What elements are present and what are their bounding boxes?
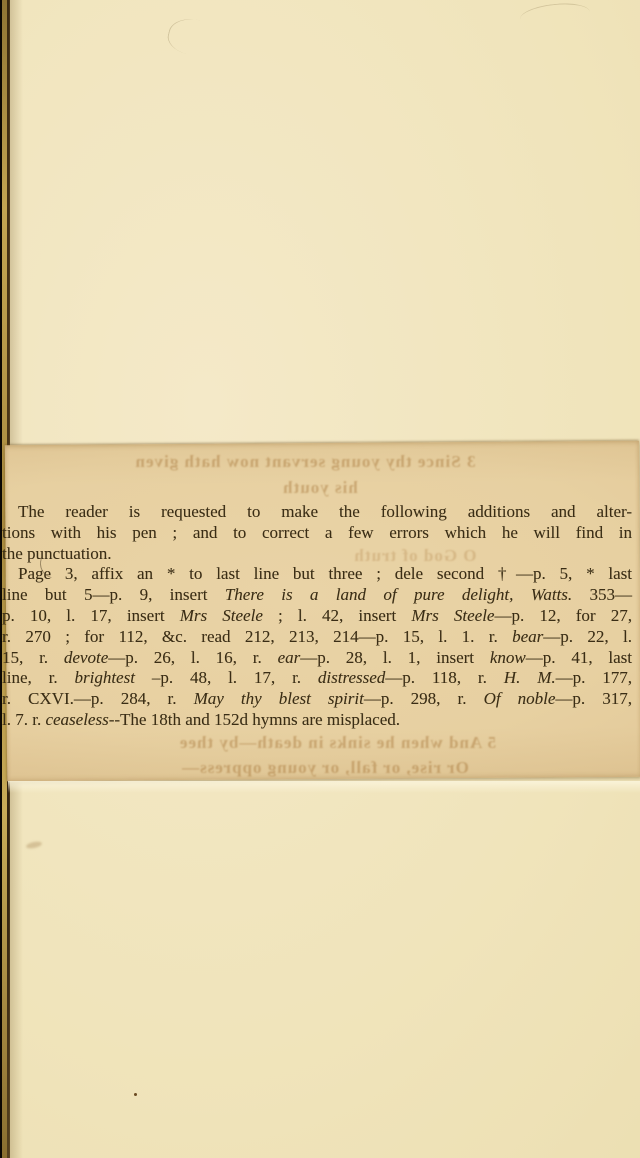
errata-segment: p. 10, l. 17, insert [2, 606, 180, 625]
errata-line: The reader is requested to make the foll… [2, 502, 632, 523]
errata-italic-segment: There is a land of pure delight, [225, 585, 514, 604]
errata-italic-segment: Watts. [531, 585, 572, 604]
errata-text: The reader is requested to make the foll… [2, 502, 632, 731]
errata-segment: ; l. 42, insert [263, 606, 411, 625]
errata-segment: 353— [572, 585, 632, 604]
errata-segment: Page 3, affix an * to last line but thre… [18, 564, 632, 583]
errata-segment: 15, r. [2, 648, 64, 667]
errata-italic-segment: brightest [74, 668, 134, 687]
errata-segment: tions with his pen ; and to correct a fe… [2, 523, 632, 542]
errata-segment: —p. 177, [556, 668, 632, 687]
show-through-text-top-2: his youth [195, 478, 445, 498]
errata-line: the punctuation. [2, 544, 632, 565]
errata-segment: line, r. [2, 668, 74, 687]
errata-italic-segment: Mrs Steele [180, 606, 263, 625]
errata-italic-segment: know [490, 648, 526, 667]
errata-line: tions with his pen ; and to correct a fe… [2, 523, 632, 544]
errata-segment: —p. 12, for 27, [494, 606, 632, 625]
errata-italic-segment: Mrs Steele [411, 606, 494, 625]
errata-segment: –p. 48, l. 17, r. [135, 668, 318, 687]
errata-line: r. CXVI.—p. 284, r. May thy blest spirit… [2, 689, 632, 710]
errata-italic-segment: Of noble [484, 689, 556, 708]
errata-italic-segment: ceaseless [45, 710, 108, 729]
errata-segment: the punctuation. [2, 544, 112, 563]
errata-line: line, r. brightest –p. 48, l. 17, r. dis… [2, 668, 632, 689]
errata-segment: r. 270 ; for 112, &c. read 212, 213, 214… [2, 627, 512, 646]
errata-segment: —p. 317, [555, 689, 632, 708]
errata-italic-segment: H. M. [504, 668, 556, 687]
errata-line: l. 7. r. ceaseless--The 18th and 152d hy… [2, 710, 632, 731]
errata-segment: —p. 41, last [526, 648, 632, 667]
errata-segment: —p. 298, r. [364, 689, 484, 708]
errata-line: r. 270 ; for 112, &c. read 212, 213, 214… [2, 627, 632, 648]
errata-line: line but 5—p. 9, insert There is a land … [2, 585, 632, 606]
errata-segment: l. 7. r. [2, 710, 45, 729]
errata-segment: r. CXVI.—p. 284, r. [2, 689, 194, 708]
errata-segment: —p. 28, l. 1, insert [300, 648, 490, 667]
errata-segment: line but 5—p. 9, insert [2, 585, 225, 604]
errata-segment: —p. 22, l. [543, 627, 632, 646]
errata-italic-segment: bear [512, 627, 543, 646]
errata-segment: —p. 26, l. 16, r. [108, 648, 277, 667]
slip-bottom-highlight [8, 781, 640, 793]
errata-segment: The reader is requested to make the foll… [18, 502, 632, 521]
errata-italic-segment: ear [278, 648, 301, 667]
errata-italic-segment: devote [64, 648, 108, 667]
errata-italic-segment: distressed [318, 668, 385, 687]
errata-line: Page 3, affix an * to last line but thre… [2, 564, 632, 585]
show-through-text-top-1: 3 Since thy young servant now hath given [75, 452, 535, 472]
show-through-text-bottom-1: 5 And when he sinks in death—by thee [105, 733, 570, 753]
show-through-text-bottom-2: Or rise, or fall, or young oppress— [155, 758, 495, 778]
paper-blemish [134, 1093, 137, 1096]
errata-segment [513, 585, 530, 604]
errata-segment: --The 18th and 152d hymns are misplaced. [109, 710, 400, 729]
errata-line: p. 10, l. 17, insert Mrs Steele ; l. 42,… [2, 606, 632, 627]
errata-line: 15, r. devote—p. 26, l. 16, r. ear—p. 28… [2, 648, 632, 669]
errata-segment: —p. 118, r. [385, 668, 504, 687]
errata-italic-segment: May thy blest spirit [194, 689, 364, 708]
